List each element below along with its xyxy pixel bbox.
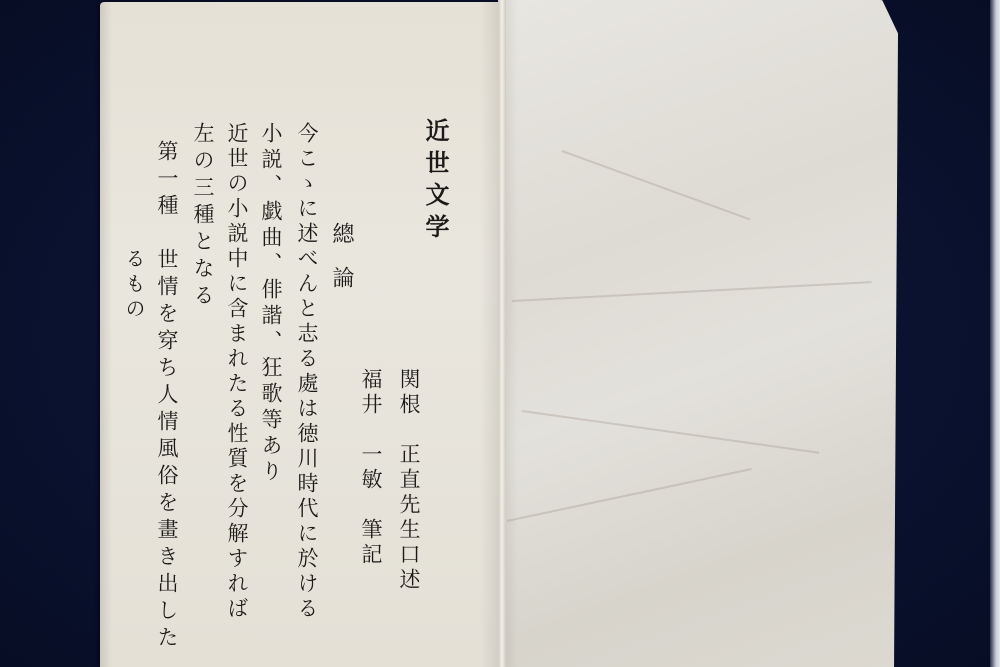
body-column-6: るもの (124, 248, 144, 323)
body-column-5: 第一種 世情を穿ち人情風俗を畫き出した (156, 140, 177, 653)
right-blank-page (502, 0, 898, 667)
paper-crease (512, 281, 872, 302)
author-line: 関根 正直先生口述 (398, 368, 419, 593)
section-heading: 總論 (330, 222, 352, 310)
paper-crease (562, 150, 751, 220)
right-edge-light-strip (990, 0, 1000, 667)
paper-crease (507, 468, 752, 522)
page-fold-gutter (498, 0, 506, 667)
paper-crease (522, 410, 819, 454)
body-column-1: 今こゝに述べんと志る處は徳川時代に於ける (296, 122, 317, 622)
scribe-line: 福井 一敏 筆記 (360, 368, 381, 568)
body-column-3: 近世の小説中に含まれたる性質を分解すれば (226, 122, 247, 622)
manuscript-title: 近世文学 (423, 118, 447, 246)
body-column-2: 小説、戯曲、俳諧、狂歌等あり (260, 122, 281, 486)
body-column-4: 左の三種となる (192, 122, 213, 311)
